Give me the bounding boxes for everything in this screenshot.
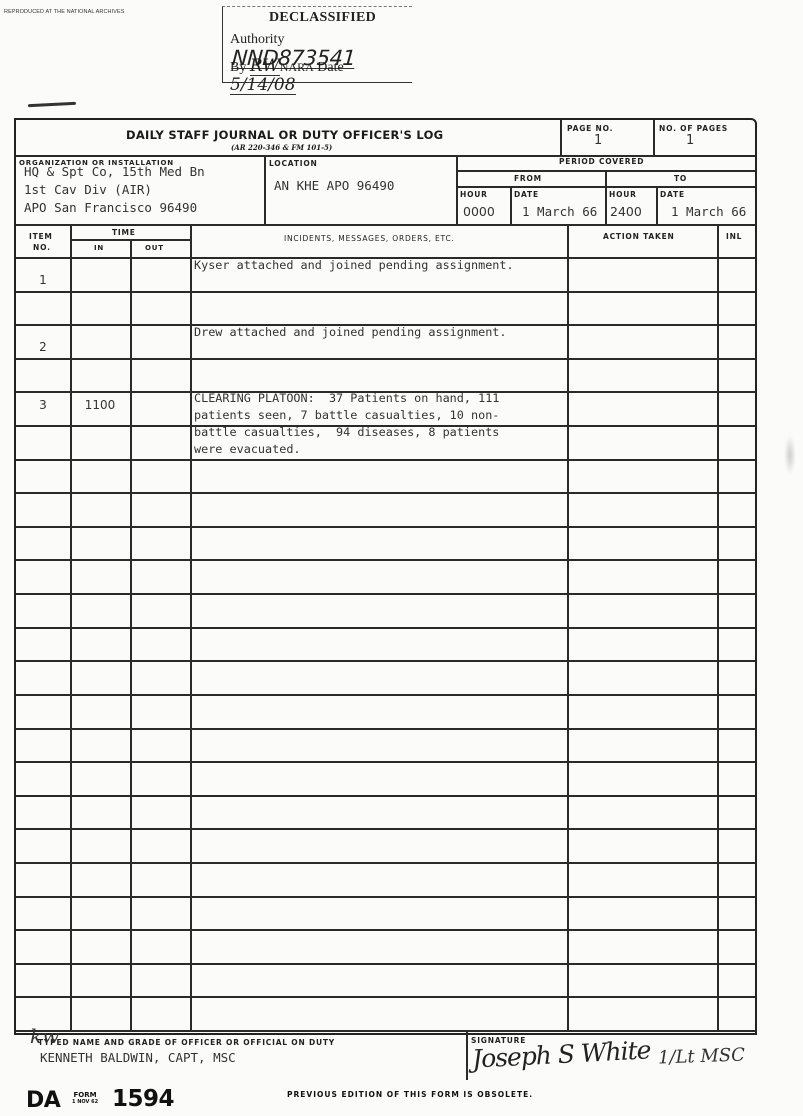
- column-time-out: OUT: [145, 244, 164, 252]
- table-row-divider: [16, 963, 756, 965]
- organization-line-3: APO San Francisco 96490: [24, 200, 197, 216]
- stamp-by: By RWNARA Date 5/14/08: [230, 57, 412, 95]
- organization-line-2: 1st Cav Div (AIR): [24, 182, 152, 198]
- to-hour-label: HOUR: [609, 190, 637, 199]
- paper-stain: [784, 435, 796, 475]
- entry-3-incident-line-4: were evacuated.: [194, 441, 301, 458]
- form-title: DAILY STAFF JOURNAL OR DUTY OFFICER'S LO…: [126, 128, 443, 142]
- date-label: Date: [317, 60, 343, 75]
- from-label: FROM: [514, 174, 542, 183]
- column-inl: INL: [726, 232, 742, 241]
- declassified-stamp: DECLASSIFIED Authority NND873541 By RWNA…: [222, 6, 412, 83]
- nara-label: NARA: [280, 60, 314, 74]
- table-row-divider: [16, 358, 756, 360]
- form-word-and-date: FORM 1 NOV 62: [72, 1092, 98, 1106]
- to-date-label: DATE: [660, 190, 685, 199]
- column-item-line1: ITEM: [29, 232, 53, 241]
- entry-3-incident-line-3: battle casualties, 94 diseases, 8 patien…: [194, 424, 499, 441]
- entry-3-incident-line-2: patients seen, 7 battle casualties, 10 n…: [194, 407, 499, 424]
- entry-2-item: 2: [16, 340, 70, 354]
- location-value: AN KHE APO 96490: [274, 178, 394, 194]
- pen-mark: [28, 102, 76, 108]
- column-time-in: IN: [94, 244, 104, 252]
- entry-1-item: 1: [16, 273, 70, 287]
- duty-log-form: DAILY STAFF JOURNAL OR DUTY OFFICER'S LO…: [14, 118, 757, 1035]
- table-row-divider: [16, 526, 756, 528]
- column-incidents: INCIDENTS, MESSAGES, ORDERS, ETC.: [284, 234, 455, 243]
- authority-label: Authority: [230, 32, 284, 47]
- column-time: TIME: [112, 228, 136, 237]
- entry-3-time-in: 1100: [70, 398, 130, 412]
- column-action-taken: ACTION TAKEN: [603, 232, 675, 241]
- to-date-value: 1 March 66: [671, 204, 746, 220]
- table-row-divider: [16, 627, 756, 629]
- table-row-divider: [16, 728, 756, 730]
- table-row-divider: [16, 862, 756, 864]
- form-prefix: DA: [26, 1088, 60, 1113]
- entry-3-incident-line-1: CLEARING PLATOON: 37 Patients on hand, 1…: [194, 390, 499, 407]
- by-label: By: [230, 60, 246, 75]
- form-subtitle: (AR 220-346 & FM 101-5): [231, 143, 332, 152]
- entry-2-incident: Drew attached and joined pending assignm…: [194, 324, 507, 341]
- no-of-pages-value: 1: [686, 133, 694, 148]
- table-row-divider: [16, 660, 756, 662]
- table-row-divider: [16, 559, 756, 561]
- reproduced-notice: REPRODUCED AT THE NATIONAL ARCHIVES: [4, 9, 125, 15]
- to-hour-value: 2400: [610, 204, 642, 219]
- from-hour-label: HOUR: [460, 190, 488, 199]
- date-value: 5/14/08: [230, 76, 296, 95]
- from-date-value: 1 March 66: [522, 204, 597, 220]
- table-row-divider: [16, 795, 756, 797]
- initials-mark: kw: [30, 1024, 59, 1048]
- table-row-divider: [16, 996, 756, 998]
- form-number: 1594: [112, 1086, 174, 1112]
- table-row-divider: [16, 828, 756, 830]
- location-label: LOCATION: [269, 159, 318, 168]
- page-no-value: 1: [594, 133, 602, 148]
- by-value: RW: [250, 57, 280, 76]
- form-date: 1 NOV 62: [72, 1099, 98, 1106]
- table-row-divider: [16, 694, 756, 696]
- table-row-divider: [16, 761, 756, 763]
- no-of-pages-label: NO. OF PAGES: [659, 124, 728, 133]
- obsolete-notice: PREVIOUS EDITION OF THIS FORM IS OBSOLET…: [287, 1090, 533, 1099]
- table-row-divider: [16, 593, 756, 595]
- officer-name: KENNETH BALDWIN, CAPT, MSC: [40, 1050, 236, 1066]
- table-row-divider: [16, 929, 756, 931]
- table-row-divider: [16, 896, 756, 898]
- to-label: TO: [674, 174, 687, 183]
- table-row-divider: [16, 459, 756, 461]
- column-item-line2: NO.: [33, 243, 51, 252]
- from-date-label: DATE: [514, 190, 539, 199]
- page-no-label: PAGE NO.: [567, 124, 613, 133]
- table-row-divider: [16, 291, 756, 293]
- period-covered-label: PERIOD COVERED: [559, 157, 644, 166]
- entry-1-incident: Kyser attached and joined pending assign…: [194, 257, 514, 274]
- entry-3-item: 3: [16, 398, 70, 412]
- signature-note: 1/Lt MSC: [658, 1044, 746, 1068]
- from-hour-value: 0000: [463, 204, 495, 219]
- table-row-divider: [16, 492, 756, 494]
- organization-line-1: HQ & Spt Co, 15th Med Bn: [24, 164, 205, 180]
- stamp-title: DECLASSIFIED: [269, 10, 376, 26]
- form-word: FORM: [72, 1092, 98, 1099]
- officer-label: TYPED NAME AND GRADE OF OFFICER OR OFFIC…: [38, 1038, 335, 1047]
